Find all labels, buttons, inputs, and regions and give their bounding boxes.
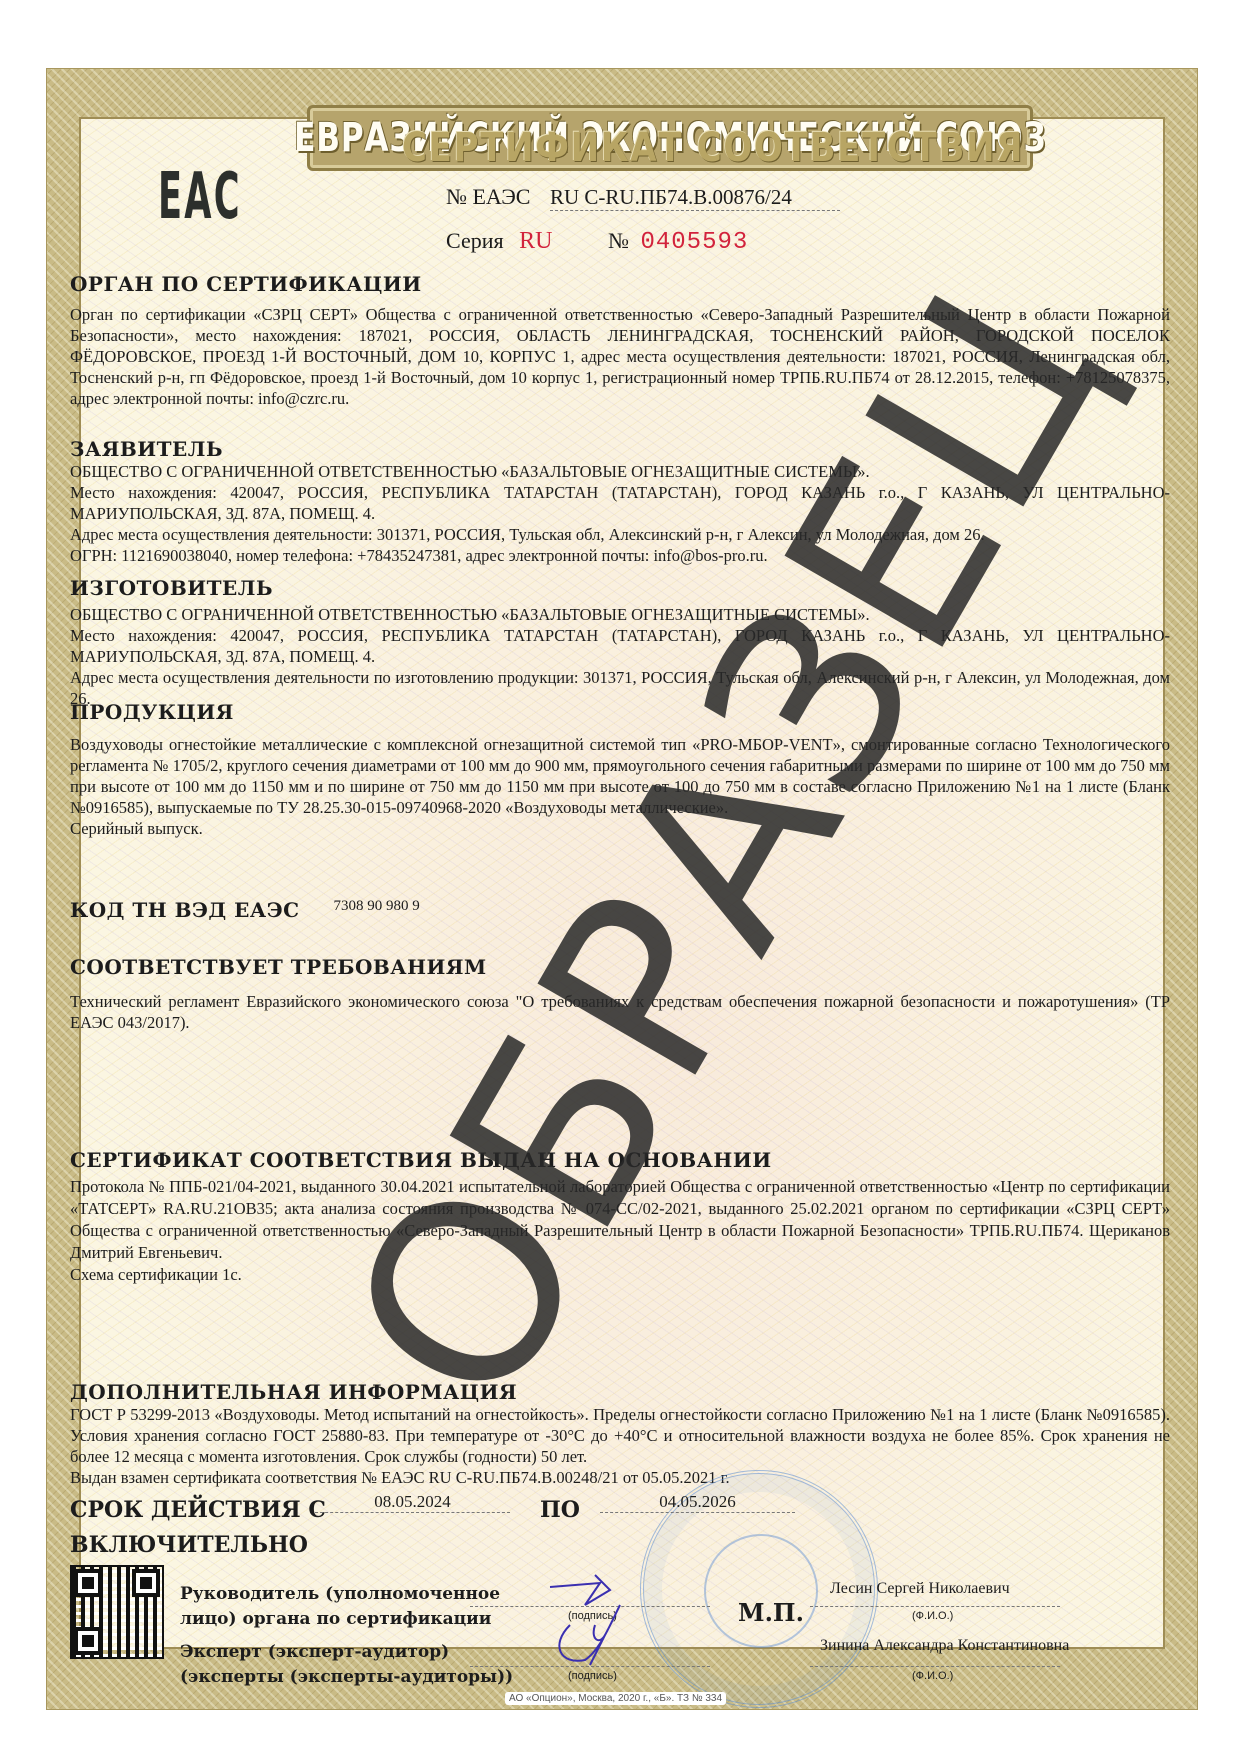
expert-label: Эксперт (эксперт-аудитор) (эксперты (экс… [180,1640,513,1690]
manufacturer-section: ИЗГОТОВИТЕЛЬ ОБЩЕСТВО С ОГРАНИЧЕННОЙ ОТВ… [70,576,1170,709]
applicant-name: ОБЩЕСТВО С ОГРАНИЧЕННОЙ ОТВЕТСТВЕННОСТЬЮ… [70,461,1170,482]
seal-label: М.П. [738,1598,804,1627]
requirements-heading: СООТВЕТСТВУЕТ ТРЕБОВАНИЯМ [70,955,1170,979]
head-name-caption: (Ф.И.О.) [912,1610,953,1622]
applicant-activity-address: Адрес места осуществления деятельности: … [70,524,1170,545]
expert-name-caption: (Ф.И.О.) [912,1670,953,1682]
blank-number: 0405593 [640,229,748,256]
certification-body-section: ОРГАН ПО СЕРТИФИКАЦИИ Орган по сертифика… [70,272,1170,409]
certification-body-text: Орган по сертификации «СЗРЦ СЕРТ» Общест… [70,304,1170,409]
requirements-section: СООТВЕТСТВУЕТ ТРЕБОВАНИЯМ Технический ре… [70,955,1170,1033]
head-name: Лесин Сергей Николаевич [830,1580,1010,1598]
signature-icon [540,1565,660,1675]
series-value: RU [519,228,552,254]
manufacturer-location: Место нахождения: 420047, РОССИЯ, РЕСПУБ… [70,625,1170,667]
tn-ved-label: КОД ТН ВЭД ЕАЭС [70,898,300,922]
tn-ved-row: КОД ТН ВЭД ЕАЭС 7308 90 980 9 [70,898,1170,922]
product-description: Воздуховоды огнестойкие металлические с … [70,734,1170,818]
validity-to-label: ПО [540,1497,580,1523]
validity-from-date: 08.05.2024 [315,1492,510,1513]
head-name-line [810,1606,1060,1607]
manufacturer-heading: ИЗГОТОВИТЕЛЬ [70,576,1170,600]
registration-number: RU C-RU.ПБ74.В.00876/24 [550,185,840,211]
product-release: Серийный выпуск. [70,818,1170,839]
series-row: Серия RU № 0405593 [446,228,748,256]
registration-number-row: № ЕАЭС RU C-RU.ПБ74.В.00876/24 [446,184,840,211]
applicant-contacts: ОГРН: 1121690038040, номер телефона: +78… [70,545,1170,566]
qr-code-icon[interactable] [70,1565,164,1659]
basis-section: СЕРТИФИКАТ СООТВЕТСТВИЯ ВЫДАН НА ОСНОВАН… [70,1148,1170,1285]
applicant-section: ЗАЯВИТЕЛЬ ОБЩЕСТВО С ОГРАНИЧЕННОЙ ОТВЕТС… [70,437,1170,566]
additional-info-replaces: Выдан взамен сертификата соответствия № … [70,1467,1170,1488]
basis-scheme: Схема сертификации 1с. [70,1264,1170,1285]
manufacturer-name: ОБЩЕСТВО С ОГРАНИЧЕННОЙ ОТВЕТСТВЕННОСТЬЮ… [70,604,1170,625]
product-section: ПРОДУКЦИЯ Воздуховоды огнестойкие металл… [70,700,1170,839]
certificate-title: СЕРТИФИКАТ СООТВЕТСТВИЯ [402,125,878,171]
product-heading: ПРОДУКЦИЯ [70,700,1170,724]
validity-to-date: 04.05.2026 [600,1492,795,1513]
basis-text: Протокола № ППБ-021/04-2021, выданного 3… [70,1176,1170,1264]
registration-label: № ЕАЭС [446,184,530,209]
requirements-text: Технический регламент Евразийского эконо… [70,991,1170,1033]
certification-body-heading: ОРГАН ПО СЕРТИФИКАЦИИ [70,272,1170,296]
validity-from-label: СРОК ДЕЙСТВИЯ С [70,1497,326,1523]
expert-name-line [810,1666,1060,1667]
head-label: Руководитель (уполномоченное лицо) орган… [180,1582,500,1632]
applicant-heading: ЗАЯВИТЕЛЬ [70,437,1170,461]
blank-number-label: № [608,228,629,253]
eac-logo-icon: ЕАС [158,160,242,234]
additional-info-section: ДОПОЛНИТЕЛЬНАЯ ИНФОРМАЦИЯ ГОСТ Р 53299-2… [70,1380,1170,1488]
expert-name: Зинина Александра Константиновна [820,1637,1069,1655]
additional-info-text: ГОСТ Р 53299-2013 «Воздуховоды. Метод ис… [70,1404,1170,1467]
tn-ved-code: 7308 90 980 9 [334,898,420,914]
basis-heading: СЕРТИФИКАТ СООТВЕТСТВИЯ ВЫДАН НА ОСНОВАН… [70,1148,1170,1172]
applicant-location: Место нахождения: 420047, РОССИЯ, РЕСПУБ… [70,482,1170,524]
printer-note: АО «Опцион», Москва, 2020 г., «Б». ТЗ № … [505,1692,726,1705]
validity-inclusive-label: ВКЛЮЧИТЕЛЬНО [70,1532,308,1558]
series-label: Серия [446,228,504,253]
additional-info-heading: ДОПОЛНИТЕЛЬНАЯ ИНФОРМАЦИЯ [70,1380,1170,1404]
